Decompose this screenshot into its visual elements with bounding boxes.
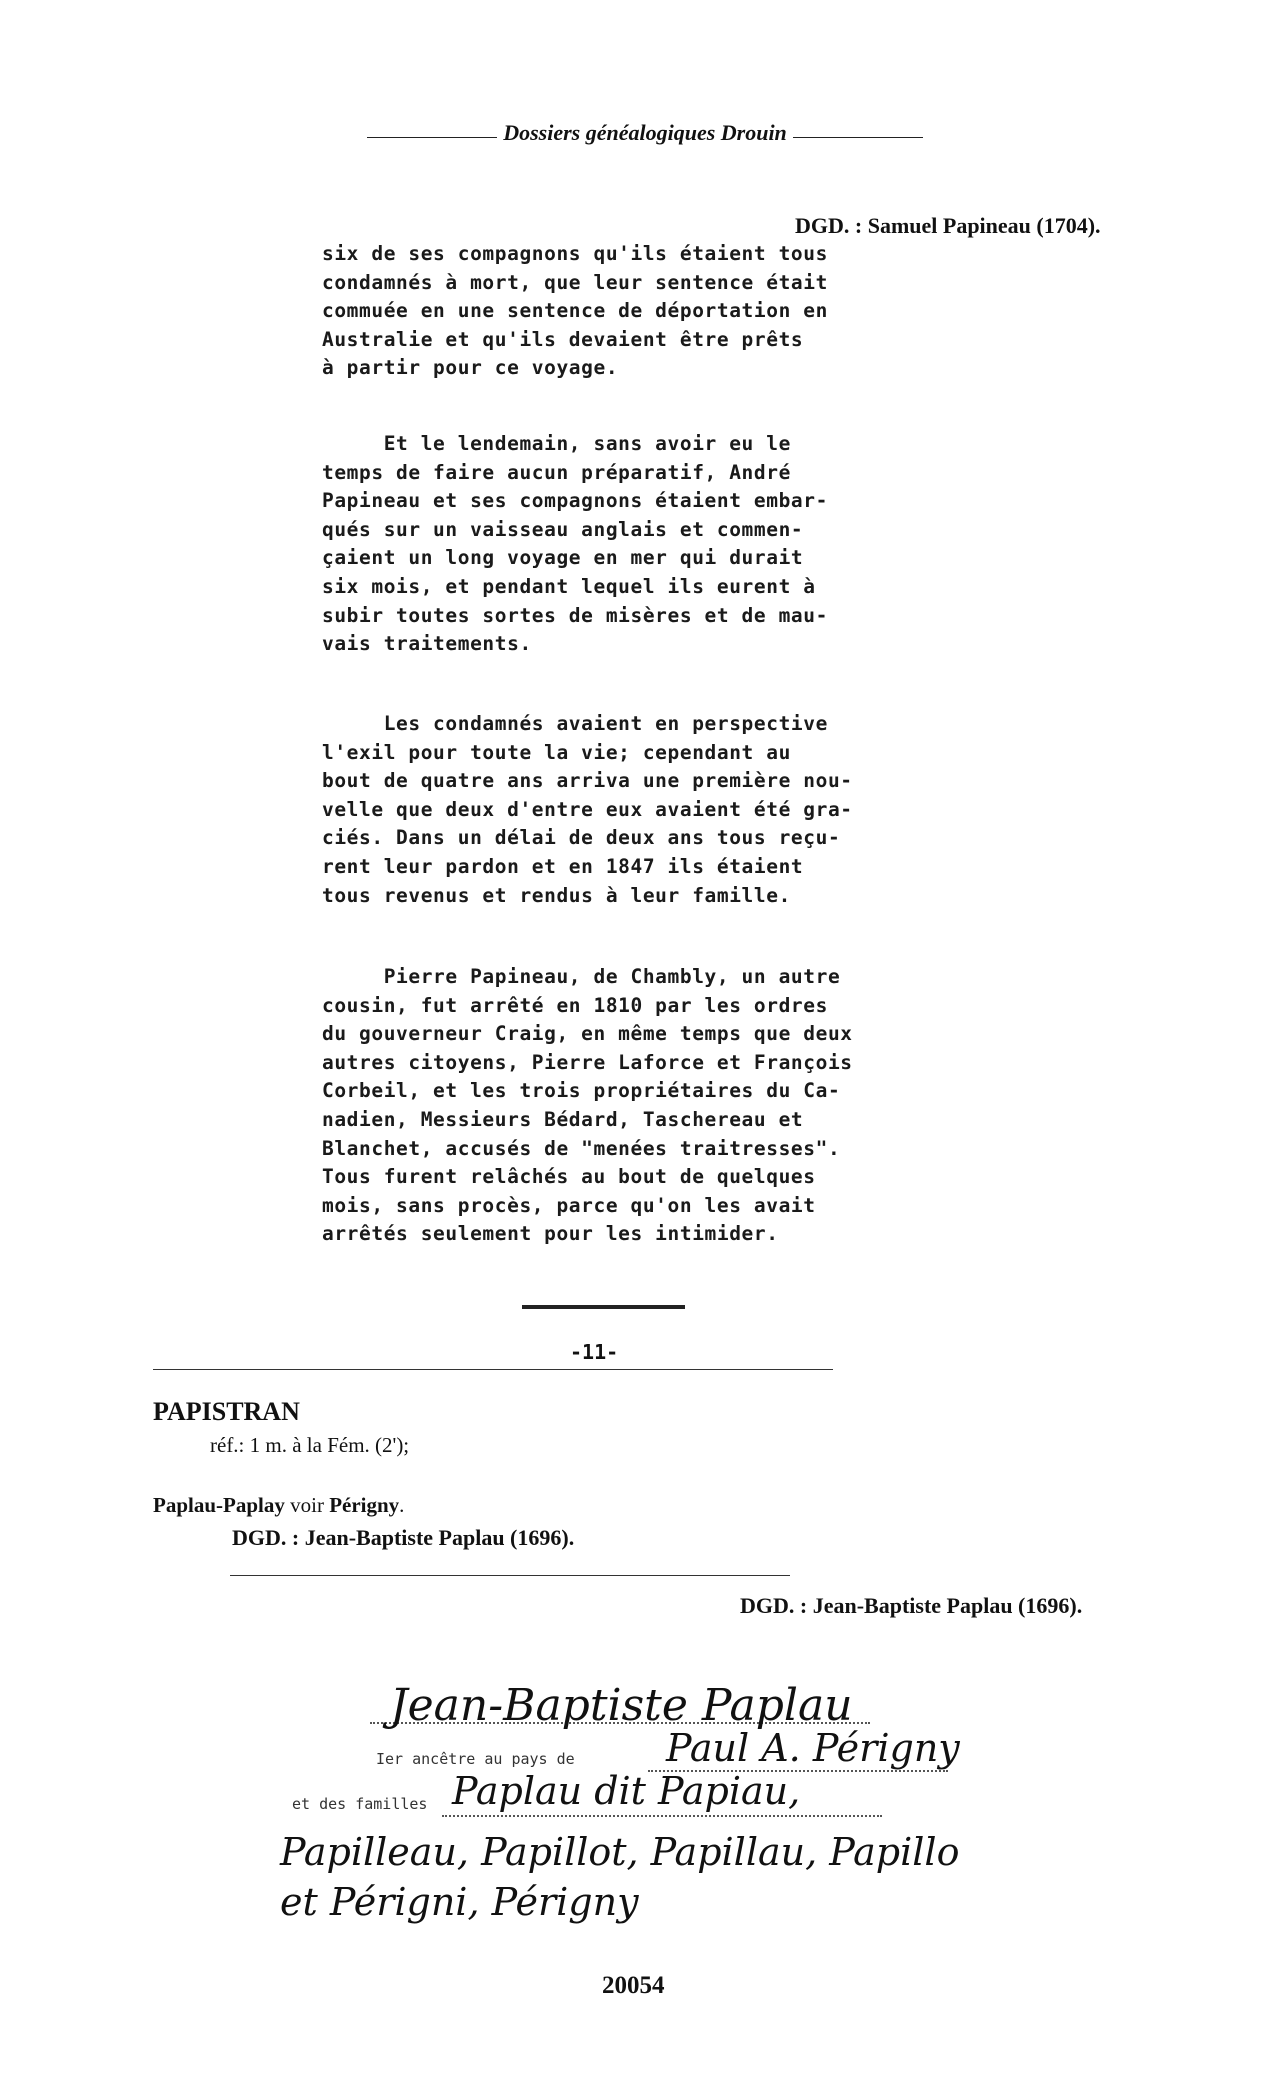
typed-line: vais traitements.: [322, 630, 1022, 659]
document-header: Dossiers généalogiques Drouin: [350, 120, 940, 146]
typed-line: tous revenus et rendus à leur famille.: [322, 882, 1022, 911]
typed-paragraph: Pierre Papineau, de Chambly, un autrecou…: [322, 963, 1022, 1249]
typed-paragraph: Et le lendemain, sans avoir eu letemps d…: [322, 430, 1022, 659]
label-families: et des familles: [292, 1795, 427, 1813]
see-entry-target: Périgny: [329, 1493, 399, 1517]
typed-paragraph: Les condamnés avaient en perspectivel'ex…: [322, 710, 1022, 910]
typed-line: six de ses compagnons qu'ils étaient tou…: [322, 240, 1022, 269]
typed-line: velle que deux d'entre eux avaient été g…: [322, 796, 1022, 825]
typed-line: Les condamnés avaient en perspective: [322, 710, 1022, 739]
typed-line: cousin, fut arrêté en 1810 par les ordre…: [322, 992, 1022, 1021]
typed-end-rule: [522, 1305, 685, 1309]
typed-line: ciés. Dans un délai de deux ans tous reç…: [322, 824, 1022, 853]
typed-line: Corbeil, et les trois propriétaires du C…: [322, 1077, 1022, 1106]
typed-line: du gouverneur Craig, en même temps que d…: [322, 1020, 1022, 1049]
typed-line: subir toutes sortes de misères et de mau…: [322, 602, 1022, 631]
typed-line: Tous furent relâchés au bout de quelques: [322, 1163, 1022, 1192]
handwritten-families-3: et Périgni, Périgny: [280, 1880, 639, 1924]
see-entry: Paplau-Paplay voir Périgny.: [153, 1493, 404, 1518]
label-ancestor: Ier ancêtre au pays de: [376, 1750, 575, 1768]
surname-reference: réf.: 1 m. à la Fém. (2');: [210, 1433, 409, 1458]
typed-line: qués sur un vaisseau anglais et commen-: [322, 516, 1022, 545]
typed-line: nadien, Messieurs Bédard, Taschereau et: [322, 1106, 1022, 1135]
typed-line: six mois, et pendant lequel ils eurent à: [322, 573, 1022, 602]
surname-heading: PAPISTRAN: [153, 1397, 300, 1427]
typed-line: l'exil pour toute la vie; cependant au: [322, 739, 1022, 768]
top-dgd-reference: DGD. : Samuel Papineau (1704).: [795, 213, 1101, 239]
typed-line: Pierre Papineau, de Chambly, un autre: [322, 963, 1022, 992]
handwritten-origin: Paul A. Périgny: [666, 1726, 960, 1770]
typed-line: Et le lendemain, sans avoir eu le: [322, 430, 1022, 459]
typed-line: rent leur pardon et en 1847 ils étaient: [322, 853, 1022, 882]
typed-line: çaient un long voyage en mer qui durait: [322, 544, 1022, 573]
section-divider: [153, 1369, 833, 1370]
typed-line: commuée en une sentence de déportation e…: [322, 297, 1022, 326]
document-number: 20054: [602, 1972, 665, 2000]
handwritten-ancestor-name: Jean-Baptiste Paplau: [390, 1680, 853, 1731]
header-rule-left: [367, 137, 497, 138]
typed-line: Australie et qu'ils devaient être prêts: [322, 326, 1022, 355]
see-entry-name: Paplau-Paplay: [153, 1493, 285, 1517]
typed-paragraph: six de ses compagnons qu'ils étaient tou…: [322, 240, 1022, 383]
families-line: et des familles Paplau dit Papiau,: [292, 1795, 427, 1814]
header-title: Dossiers généalogiques Drouin: [503, 120, 787, 145]
handwritten-families-2: Papilleau, Papillot, Papillau, Papillo: [280, 1830, 959, 1874]
typed-line: Blanchet, accusés de "menées traitresses…: [322, 1135, 1022, 1164]
typed-line: bout de quatre ans arriva une première n…: [322, 767, 1022, 796]
see-entry-period: .: [399, 1493, 404, 1517]
typed-line: mois, sans procès, parce qu'on les avait: [322, 1192, 1022, 1221]
header-rule-right: [793, 137, 923, 138]
entry-divider: [230, 1575, 790, 1576]
ancestor-name-line: Jean-Baptiste Paplau: [370, 1680, 833, 1731]
dotted-line: [442, 1815, 882, 1817]
see-entry-voir: voir: [290, 1493, 324, 1517]
typed-line: autres citoyens, Pierre Laforce et Franç…: [322, 1049, 1022, 1078]
typed-page-number: -11-: [570, 1340, 618, 1364]
typed-line: Papineau et ses compagnons étaient embar…: [322, 487, 1022, 516]
typed-line: temps de faire aucun préparatif, André: [322, 459, 1022, 488]
handwritten-families-1: Paplau dit Papiau,: [452, 1769, 800, 1813]
ancestor-origin-line: Ier ancêtre au pays de Paul A. Périgny: [376, 1750, 575, 1769]
see-entry-dgd: DGD. : Jean-Baptiste Paplau (1696).: [232, 1525, 574, 1551]
typed-line: à partir pour ce voyage.: [322, 354, 1022, 383]
right-dgd-reference: DGD. : Jean-Baptiste Paplau (1696).: [740, 1593, 1082, 1619]
typed-line: arrêtés seulement pour les intimider.: [322, 1220, 1022, 1249]
typed-line: condamnés à mort, que leur sentence étai…: [322, 269, 1022, 298]
